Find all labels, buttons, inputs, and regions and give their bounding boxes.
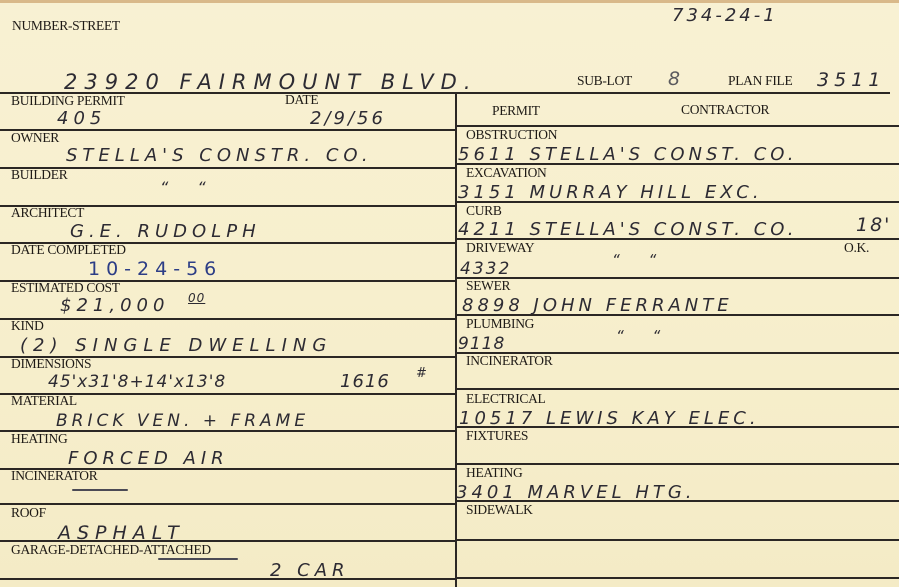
date-label: DATE: [285, 93, 318, 107]
estimated-cost-cents: 00: [188, 288, 205, 308]
rule: [456, 388, 899, 390]
file-number: 734-24-1: [672, 6, 778, 26]
plumbing-value: 9118: [458, 334, 505, 354]
owner-value: STELLA'S CONSTR. CO.: [66, 146, 373, 166]
plumbing-ditto: “ “: [616, 326, 672, 346]
heating-value: FORCED AIR: [68, 449, 229, 469]
incinerator-label: INCINERATOR: [11, 469, 97, 483]
owner-label: OWNER: [11, 131, 59, 145]
heating-permit-value: 3401 MARVEL HTG.: [456, 483, 696, 503]
rule: [456, 577, 899, 579]
garage-value: 2 CAR: [270, 561, 350, 581]
street-rule: [0, 92, 890, 94]
heating-permit-label: HEATING: [466, 466, 522, 480]
roof-value: ASPHALT: [58, 523, 185, 543]
area-value: 1616: [340, 372, 390, 392]
area-suffix: #: [416, 364, 427, 384]
building-permit-label: BUILDING PERMIT: [11, 94, 125, 108]
permit-column-header: PERMIT: [492, 104, 540, 118]
curb-note: 18': [856, 215, 891, 235]
number-street-label: NUMBER-STREET: [12, 19, 120, 33]
rule: [0, 129, 456, 131]
rule: [456, 463, 899, 465]
obstruction-label: OBSTRUCTION: [466, 128, 557, 142]
kind-label: KIND: [11, 319, 44, 333]
builder-value: “ “: [160, 178, 218, 198]
pen-underline: [72, 489, 128, 491]
plumbing-label: PLUMBING: [466, 317, 534, 331]
excavation-value: 3151 MURRAY HILL EXC.: [458, 183, 763, 203]
curb-label: CURB: [466, 204, 502, 218]
date-completed-label: DATE COMPLETED: [11, 243, 126, 257]
estimated-cost-value: $21,000: [60, 296, 169, 316]
sewer-value: 8898 JOHN FERRANTE: [462, 296, 733, 316]
excavation-label: EXCAVATION: [466, 166, 547, 180]
sub-lot-label: SUB-LOT: [577, 74, 632, 88]
electrical-value: 10517 LEWIS KAY ELEC.: [459, 409, 760, 429]
dimensions-label: DIMENSIONS: [11, 357, 91, 371]
building-permit-card: NUMBER-STREET 734-24-1 23920 FAIRMOUNT B…: [0, 0, 899, 587]
estimated-cost-label: ESTIMATED COST: [11, 281, 120, 295]
rule: [0, 578, 456, 580]
building-permit-value: 405: [57, 109, 106, 129]
contractor-column-header: CONTRACTOR: [681, 103, 769, 117]
card-top-edge: [0, 0, 899, 3]
incinerator-permit-label: INCINERATOR: [466, 354, 552, 368]
rule: [0, 503, 456, 505]
driveway-note: O.K.: [844, 241, 869, 255]
kind-value: (2) SINGLE DWELLING: [20, 336, 332, 356]
architect-value: G.E. RUDOLPH: [70, 222, 261, 242]
dimensions-value: 45'x31'8+14'x13'8: [48, 372, 226, 392]
date-value: 2/9/56: [310, 109, 386, 129]
garage-label: GARAGE-DETACHED-ATTACHED: [11, 543, 211, 557]
rule: [456, 539, 899, 541]
rule: [0, 318, 456, 320]
architect-label: ARCHITECT: [11, 206, 84, 220]
roof-label: ROOF: [11, 506, 46, 520]
sewer-label: SEWER: [466, 279, 510, 293]
sidewalk-label: SIDEWALK: [466, 503, 533, 517]
plan-file-value: 3511: [817, 70, 885, 90]
date-completed-value: 10-24-56: [88, 259, 222, 279]
rule: [0, 167, 456, 169]
curb-value: 4211 STELLA'S CONST. CO.: [458, 220, 797, 240]
driveway-label: DRIVEWAY: [466, 241, 534, 255]
rule: [456, 277, 899, 279]
electrical-label: ELECTRICAL: [466, 392, 546, 406]
material-label: MATERIAL: [11, 394, 77, 408]
heating-label: HEATING: [11, 432, 67, 446]
driveway-ditto: “ “: [612, 250, 668, 270]
fixtures-label: FIXTURES: [466, 429, 528, 443]
material-value: BRICK VEN. + FRAME: [56, 411, 309, 431]
obstruction-value: 5611 STELLA'S CONST. CO.: [458, 145, 797, 165]
address-value: 23920 FAIRMOUNT BLVD.: [64, 72, 478, 92]
sub-lot-value: 8: [668, 69, 685, 89]
builder-label: BUILDER: [11, 168, 67, 182]
attached-underline: [158, 558, 238, 560]
plan-file-label: PLAN FILE: [728, 74, 792, 88]
driveway-value: 4332: [460, 259, 511, 279]
